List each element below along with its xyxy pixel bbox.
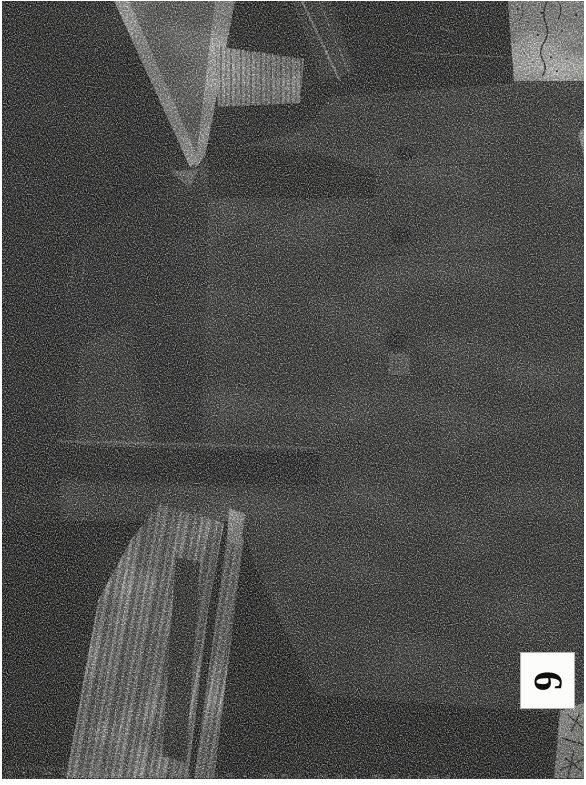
sky-twig-marks xyxy=(513,2,580,76)
fence-rail-edges xyxy=(57,441,318,488)
exhibit-number-label: 6 xyxy=(520,652,575,709)
exhibit-number: 6 xyxy=(528,671,568,691)
stamp-mark xyxy=(389,354,410,375)
bottom-mottle xyxy=(4,767,450,777)
door-knobs xyxy=(385,145,415,351)
corner-grass-strokes xyxy=(560,713,584,778)
scanned-page: 6 xyxy=(0,0,586,785)
thin-bright-beams xyxy=(293,1,350,81)
vegetation-twig-lines xyxy=(71,9,504,285)
photo-detail-marks xyxy=(2,1,584,779)
photo: 6 xyxy=(2,1,584,779)
door-panel-lines xyxy=(242,96,584,569)
